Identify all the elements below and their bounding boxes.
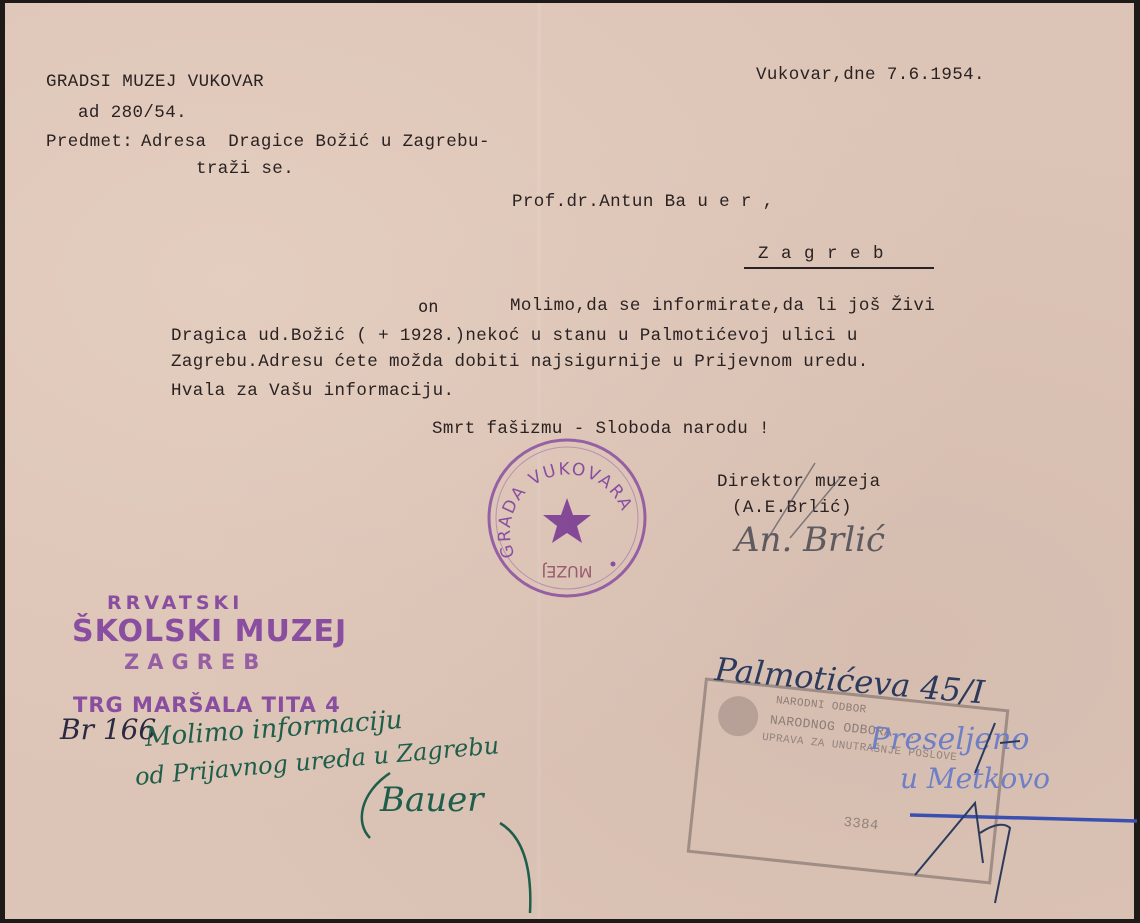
office-stamp-number: 3384 [843, 816, 879, 834]
handwritten-annotation-on: on [418, 299, 438, 316]
office-stamp-emblem-icon [716, 694, 760, 738]
round-museum-stamp: GRADA VUKOVARA MUZEJ [483, 436, 653, 606]
body-line-2: Dragica ud.Božić ( + 1928.)nekoć u stanu… [171, 328, 858, 346]
institution-name: GRADSI MUZEJ VUKOVAR [46, 74, 264, 92]
signature-strokes-icon [745, 458, 865, 548]
date-line: Vukovar,dne 7.6.1954. [756, 67, 985, 85]
blue-strokes-icon [905, 703, 1140, 873]
subject-label: Predmet: [46, 134, 133, 152]
museum-stamp-line-3: ZAGREB [124, 652, 267, 673]
handwritten-ref-number: Br 166 [60, 716, 156, 744]
city-underline [744, 267, 934, 269]
green-signature-strokes-icon [350, 763, 550, 923]
reference-number: ad 280/54. [78, 105, 187, 123]
body-line-4: Hvala za Vašu informaciju. [171, 383, 454, 401]
recipient-name: Prof.dr.Antun Ba u e r , [512, 194, 774, 212]
round-stamp-bottom-text: MUZEJ [541, 562, 592, 581]
subject-line-1: Adresa Dragice Božić u Zagrebu- [141, 134, 490, 152]
document-page: GRADSI MUZEJ VUKOVAR ad 280/54. Predmet:… [5, 3, 1134, 919]
museum-stamp-line-1: RRVATSKI [107, 594, 243, 613]
body-line-1: Molimo,da se informirate,da li još Živi [510, 298, 935, 316]
subject-line-2: traži se. [196, 161, 294, 179]
museum-stamp-line-2: ŠKOLSKI MUZEJ [72, 617, 347, 647]
body-line-3: Zagrebu.Adresu ćete možda dobiti najsigu… [171, 354, 869, 372]
recipient-city: Z a g r e b [758, 246, 885, 264]
